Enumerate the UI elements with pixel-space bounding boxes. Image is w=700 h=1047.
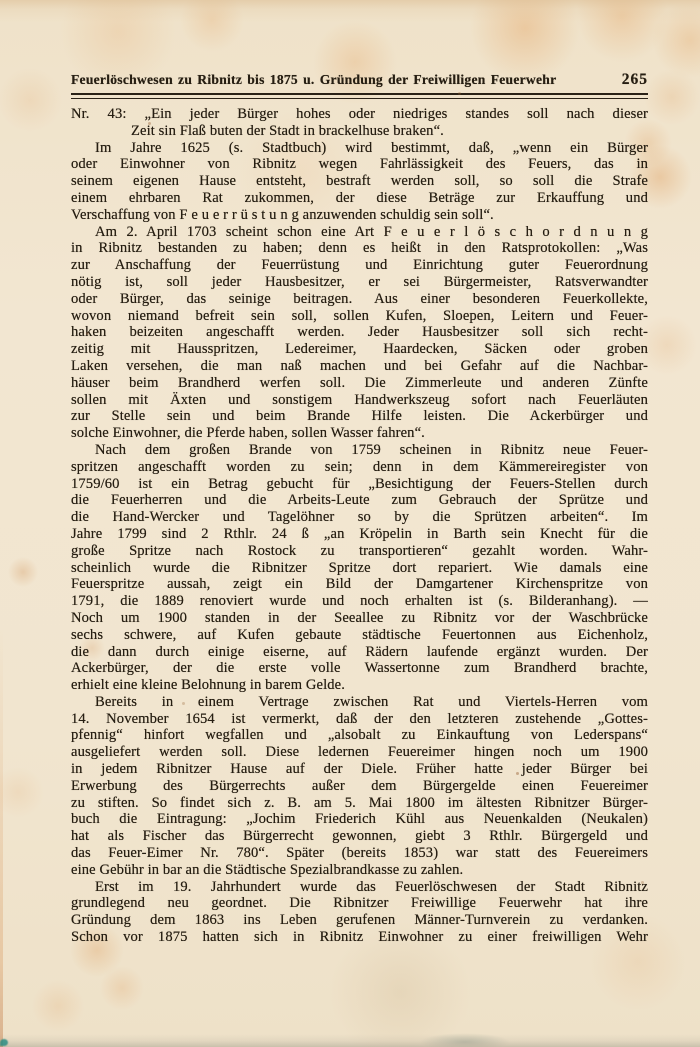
text-line: in Ribnitz bestanden zu haben; denn es h… [71,240,648,257]
text-line: Schon vor 1875 hatten sich in Ribnitz Ei… [71,929,648,946]
text-line: Erst im 19. Jahrhundert wurde das Feuerl… [71,879,648,896]
text-line: Bereits in einem Vertrage zwischen Rat u… [71,694,648,711]
text-line: solche Einwohner, die Pferde haben, soll… [71,425,648,442]
text-line: haken beizeiten angeschafft werden. Jede… [71,324,648,341]
text-line: Erwerbung des Bürgerrechts außer dem Bür… [71,778,648,795]
text-line: 1759/60 ist ein Betrag gebucht für „Besi… [71,476,648,493]
text-line: eine Gebühr in bar an die Städtische Spe… [71,862,648,879]
scan-artifact [0,1039,8,1046]
text-line: wovon niemand befreit sein soll, sollen … [71,308,648,325]
page-header: Feuerlöschwesen zu Ribnitz bis 1875 u. G… [71,71,648,99]
page-body: Nr. 43: „Ein jeder Bürger hohes oder nie… [71,106,648,946]
text-line: die dann durch einige eiserne, auf Räder… [71,644,648,661]
text-line: Im Jahre 1625 (s. Stadtbuch) wird bestim… [71,140,648,157]
text-line: Am 2. April 1703 scheint schon eine Art … [71,224,648,241]
text-line: häuser beim Brandherd werfen soll. Die Z… [71,375,648,392]
text-line: oder Bürger, das seinige beitragen. Aus … [71,291,648,308]
text-line: 14. November 1654 ist vermerkt, daß der … [71,711,648,728]
text-line: buch die Eintragung: „Jochim Friederich … [71,811,648,828]
text-line: zeitig mit Hausspritzen, Ledereimer, Haa… [71,341,648,358]
text-line: die Hand-Wercker und Tagelöhner so by di… [71,509,648,526]
text-line: sechs schwere, auf Kufen gebaute städtis… [71,627,648,644]
text-line: grundlegend neu geordnet. Die Ribnitzer … [71,895,648,912]
page-left-edge-shading [0,0,3,1047]
header-double-rule [71,93,648,99]
text-line: zur Stelle sein und beim Brande Hilfe le… [71,408,648,425]
paragraph: Im Jahre 1625 (s. Stadtbuch) wird bestim… [71,140,648,224]
text-line: oder Einwohner von Ribnitz wegen Fahrläs… [71,156,648,173]
text-line: Verschaffung von F e u e r r ü s t u n g… [71,207,648,224]
text-line: das Feuer-Eimer Nr. 780“. Später (bereit… [71,845,648,862]
text-line: ausgeliefert werden soll. Diese ledernen… [71,744,648,761]
text-line: in jedem Ribnitzer Hause auf der Diele. … [71,761,648,778]
running-head-row: Feuerlöschwesen zu Ribnitz bis 1875 u. G… [71,71,648,89]
text-line: pfennig“ hinfort wegfallen und „alsobalt… [71,727,648,744]
text-line: sollen mit Äxten und sonstigem Handwerks… [71,392,648,409]
book-page: Feuerlöschwesen zu Ribnitz bis 1875 u. G… [0,0,700,1047]
text-line: Noch um 1900 standen in der Seeallee zu … [71,610,648,627]
text-line: Feuerspritze aussah, zeigt ein Bild der … [71,576,648,593]
text-line: nötig ist, soll jeder Hausbesitzer, er s… [71,274,648,291]
text-line: hat als Fischer das Bürgerrecht gewonnen… [71,828,648,845]
text-line: Gründung dem 1863 ins Leben gerufenen Mä… [71,912,648,929]
running-head-title: Feuerlöschwesen zu Ribnitz bis 1875 u. G… [71,72,556,88]
text-line: Zeit sin Flaß buten der Stadt in brackel… [71,123,648,140]
text-line: erhielt eine kleine Belohnung in barem G… [71,677,648,694]
page-number: 265 [622,71,648,89]
text-line: Ackerbürger, der die erste volle Wassert… [71,660,648,677]
text-line: seinem eigenen Hause entsteht, bestraft … [71,173,648,190]
paragraph: Nach dem großen Brande von 1759 scheinen… [71,442,648,694]
paragraph: Bereits in einem Vertrage zwischen Rat u… [71,694,648,879]
text-line: Nr. 43: „Ein jeder Bürger hohes oder nie… [71,106,648,123]
text-line: große Spritze nach Rostock zu transporti… [71,543,648,560]
text-line: Laken versehen, die man naß machen und b… [71,358,648,375]
text-line: Jahre 1799 sind 2 Rthlr. 24 ß „an Kröpel… [71,526,648,543]
text-line: spritzen angeschafft worden zu sein; den… [71,459,648,476]
text-line: die Feuerherren und die Arbeits-Leute zu… [71,492,648,509]
paragraph: Erst im 19. Jahrhundert wurde das Feuerl… [71,879,648,946]
text-line: 1791, die 1889 renoviert wurde und noch … [71,593,648,610]
text-line: scheinlich wurde die Ribnitzer Spritze d… [71,560,648,577]
text-line: Nach dem großen Brande von 1759 scheinen… [71,442,648,459]
paragraph: Am 2. April 1703 scheint schon eine Art … [71,224,648,442]
text-line: einem ehrbaren Rat zukommen, der diese B… [71,190,648,207]
paragraph: Nr. 43: „Ein jeder Bürger hohes oder nie… [71,106,648,140]
text-line: zu stiften. So findet sich z. B. am 5. M… [71,795,648,812]
text-line: zur Anschaffung der Feuerrüstung und Ein… [71,257,648,274]
